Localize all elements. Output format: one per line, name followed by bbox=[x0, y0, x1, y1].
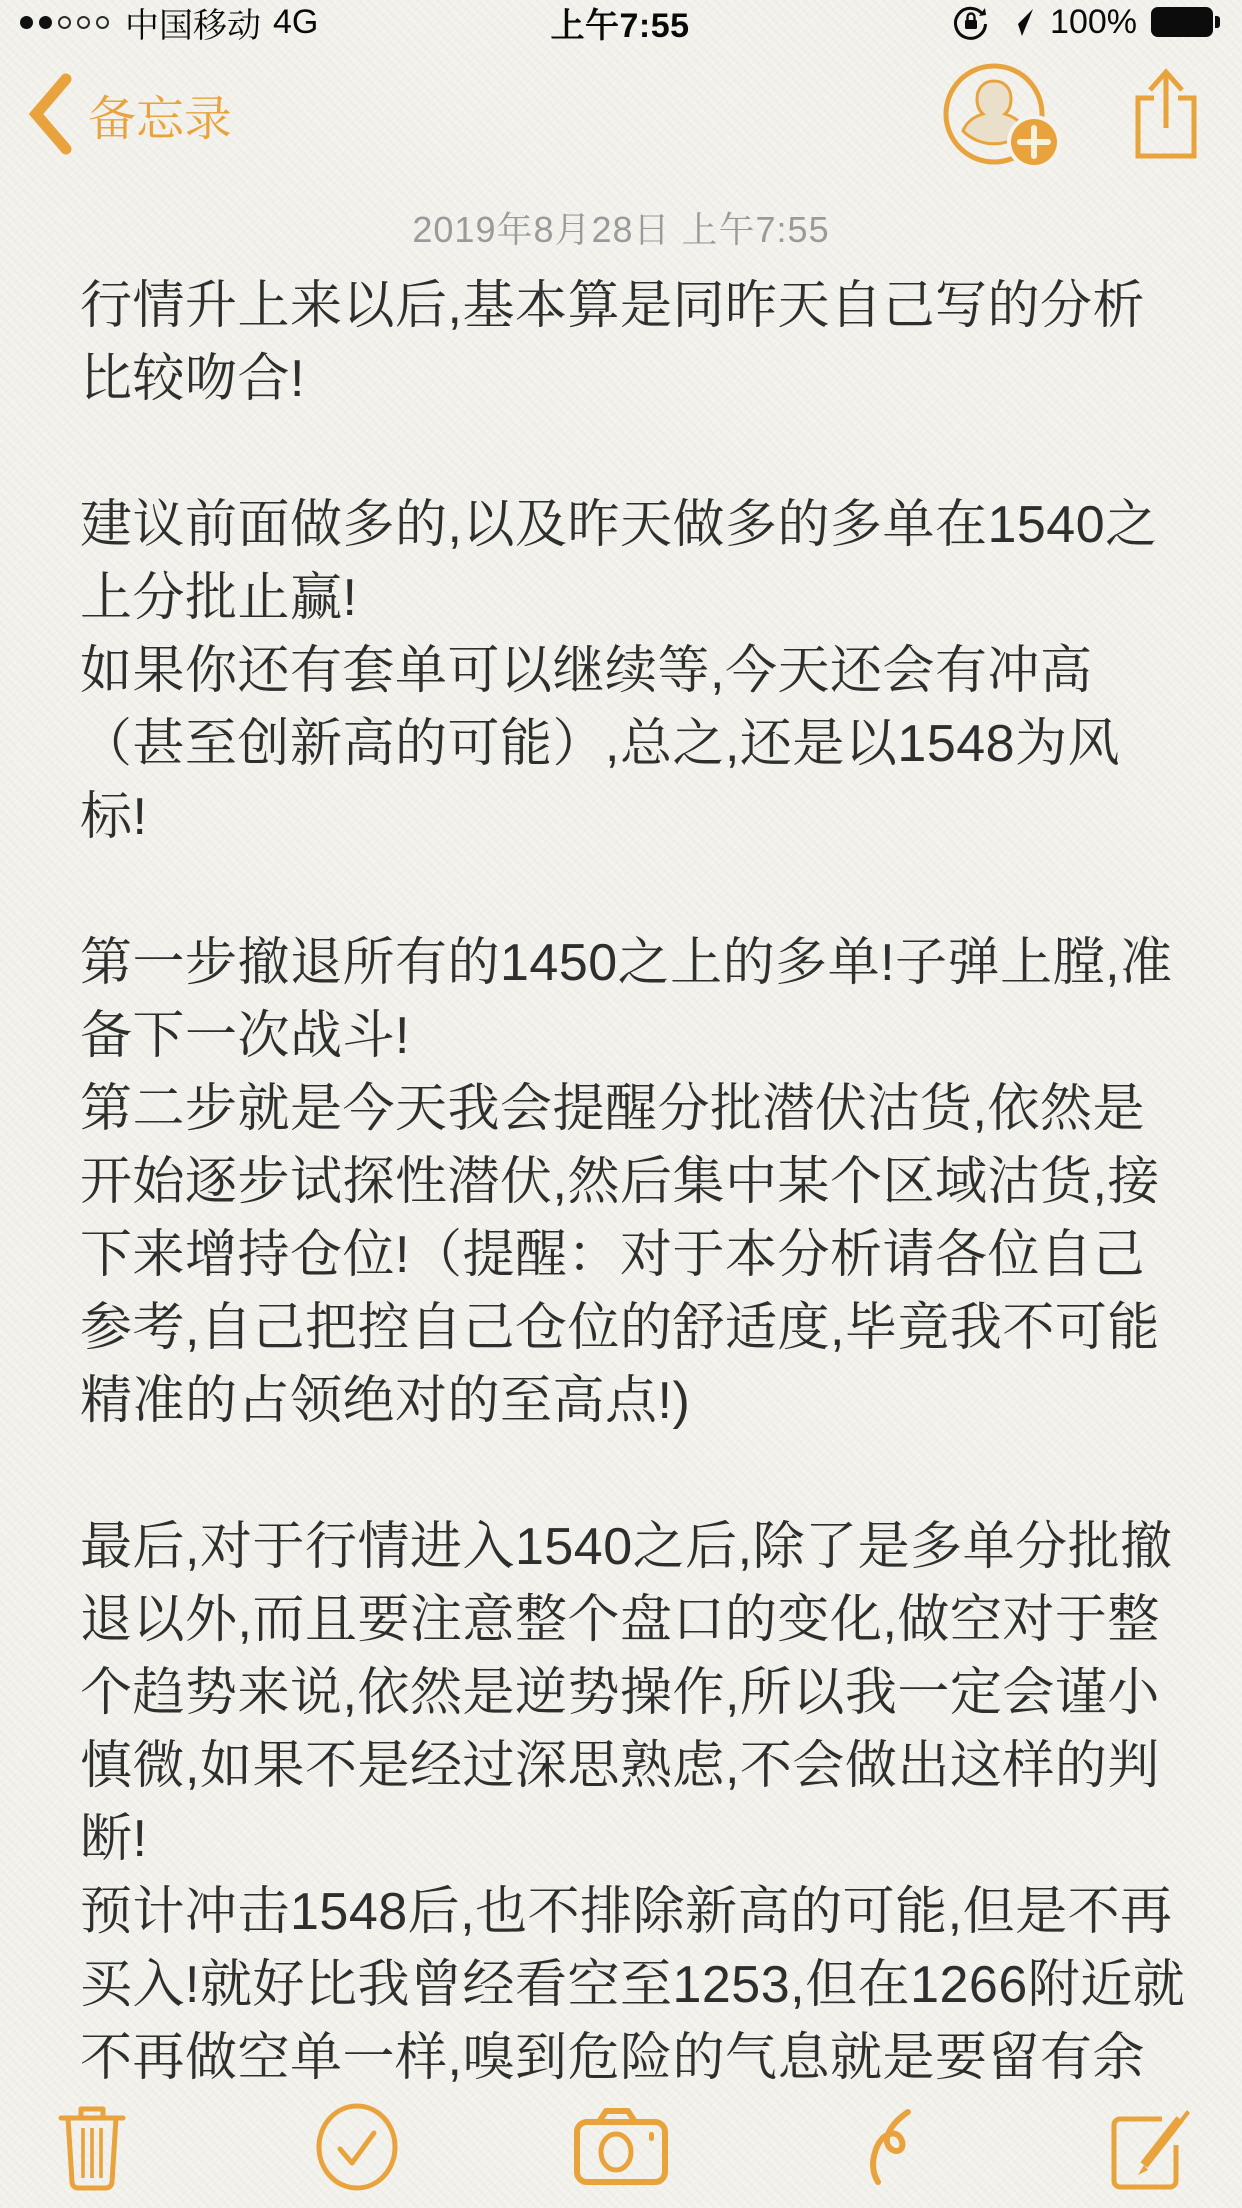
note-line: 最后,对于行情进入1540之后,除了是多单分批撤 bbox=[80, 1511, 1176, 1584]
status-left: 中国移动 4G bbox=[20, 0, 420, 47]
note-line: 上分批止赢! bbox=[80, 562, 1176, 635]
signal-dot bbox=[77, 16, 90, 29]
note-line bbox=[80, 854, 1176, 927]
signal-strength-dots bbox=[20, 16, 109, 29]
note-line: 断! bbox=[80, 1803, 1176, 1876]
location-arrow-icon bbox=[1004, 6, 1036, 38]
note-line: 退以外,而且要注意整个盘口的变化,做空对于整 bbox=[80, 1584, 1176, 1657]
note-line: 开始逐步试探性潜伏,然后集中某个区域沽货,接 bbox=[80, 1146, 1176, 1219]
note-line: 比较吻合! bbox=[80, 343, 1176, 416]
note-line: 下来增持仓位!（提醒：对于本分析请各位自己 bbox=[80, 1219, 1176, 1292]
note-line: 备下一次战斗! bbox=[80, 1000, 1176, 1073]
clock: 上午7:55 bbox=[550, 0, 689, 47]
add-collaborator-button[interactable] bbox=[940, 59, 1064, 169]
status-center: 上午7:55 bbox=[420, 0, 820, 47]
note-content[interactable]: 行情升上来以后,基本算是同昨天自己写的分析比较吻合! 建议前面做多的,以及昨天做… bbox=[0, 248, 1242, 2095]
back-button-label: 备忘录 bbox=[88, 80, 232, 149]
signal-dot bbox=[39, 16, 52, 29]
checklist-button[interactable] bbox=[309, 2099, 405, 2195]
trash-icon bbox=[51, 2102, 133, 2192]
status-right: 100% bbox=[820, 3, 1220, 42]
back-chevron-icon bbox=[28, 73, 72, 155]
note-line bbox=[80, 1438, 1176, 1511]
note-line bbox=[80, 416, 1176, 489]
network-type-label: 4G bbox=[273, 3, 318, 42]
check-circle-icon bbox=[313, 2103, 401, 2191]
note-line: 建议前面做多的,以及昨天做多的多单在1540之 bbox=[80, 489, 1176, 562]
sketch-button[interactable] bbox=[838, 2099, 934, 2195]
bottom-toolbar bbox=[0, 2095, 1242, 2208]
share-button[interactable] bbox=[1130, 66, 1202, 162]
battery-percent-label: 100% bbox=[1050, 3, 1137, 42]
note-line: 买入!就好比我曾经看空至1253,但在1266附近就 bbox=[80, 1949, 1176, 2022]
status-bar: 中国移动 4G 上午7:55 100% bbox=[0, 0, 1242, 44]
signal-dot bbox=[58, 16, 71, 29]
signal-dot bbox=[96, 16, 109, 29]
delete-note-button[interactable] bbox=[44, 2099, 140, 2195]
battery-icon bbox=[1151, 7, 1220, 37]
note-line: 第二步就是今天我会提醒分批潜伏沽货,依然是 bbox=[80, 1073, 1176, 1146]
compose-icon bbox=[1104, 2101, 1196, 2193]
note-timestamp: 2019年8月28日 上午7:55 bbox=[0, 202, 1242, 248]
note-line: 第一步撤退所有的1450之上的多单!子弹上膛,准 bbox=[80, 927, 1176, 1000]
note-line: 慎微,如果不是经过深思熟虑,不会做出这样的判 bbox=[80, 1730, 1176, 1803]
carrier-label: 中国移动 bbox=[125, 0, 261, 47]
note-line: 如果你还有套单可以继续等,今天还会有冲高 bbox=[80, 635, 1176, 708]
note-line: 行情升上来以后,基本算是同昨天自己写的分析 bbox=[80, 270, 1176, 343]
note-line: 精准的占领绝对的至高点!) bbox=[80, 1365, 1176, 1438]
camera-button[interactable] bbox=[573, 2099, 669, 2195]
note-line: （甚至创新高的可能）,总之,还是以1548为风 bbox=[80, 708, 1176, 781]
note-line: 不再做空单一样,嗅到危险的气息就是要留有余 bbox=[80, 2022, 1176, 2095]
note-line: 预计冲击1548后,也不排除新高的可能,但是不再 bbox=[80, 1876, 1176, 1949]
nav-bar: 备忘录 bbox=[0, 44, 1242, 184]
back-button[interactable]: 备忘录 bbox=[28, 73, 232, 155]
note-line: 个趋势来说,依然是逆势操作,所以我一定会谨小 bbox=[80, 1657, 1176, 1730]
signal-dot bbox=[20, 16, 33, 29]
nav-actions bbox=[940, 59, 1202, 169]
camera-icon bbox=[569, 2106, 673, 2188]
rotation-lock-icon bbox=[952, 3, 990, 41]
notes-app-screen: 中国移动 4G 上午7:55 100% bbox=[0, 0, 1242, 2095]
note-line: 标! bbox=[80, 781, 1176, 854]
note-line: 参考,自己把控自己仓位的舒适度,毕竟我不可能 bbox=[80, 1292, 1176, 1365]
compose-button[interactable] bbox=[1102, 2099, 1198, 2195]
sketch-icon bbox=[844, 2102, 928, 2192]
